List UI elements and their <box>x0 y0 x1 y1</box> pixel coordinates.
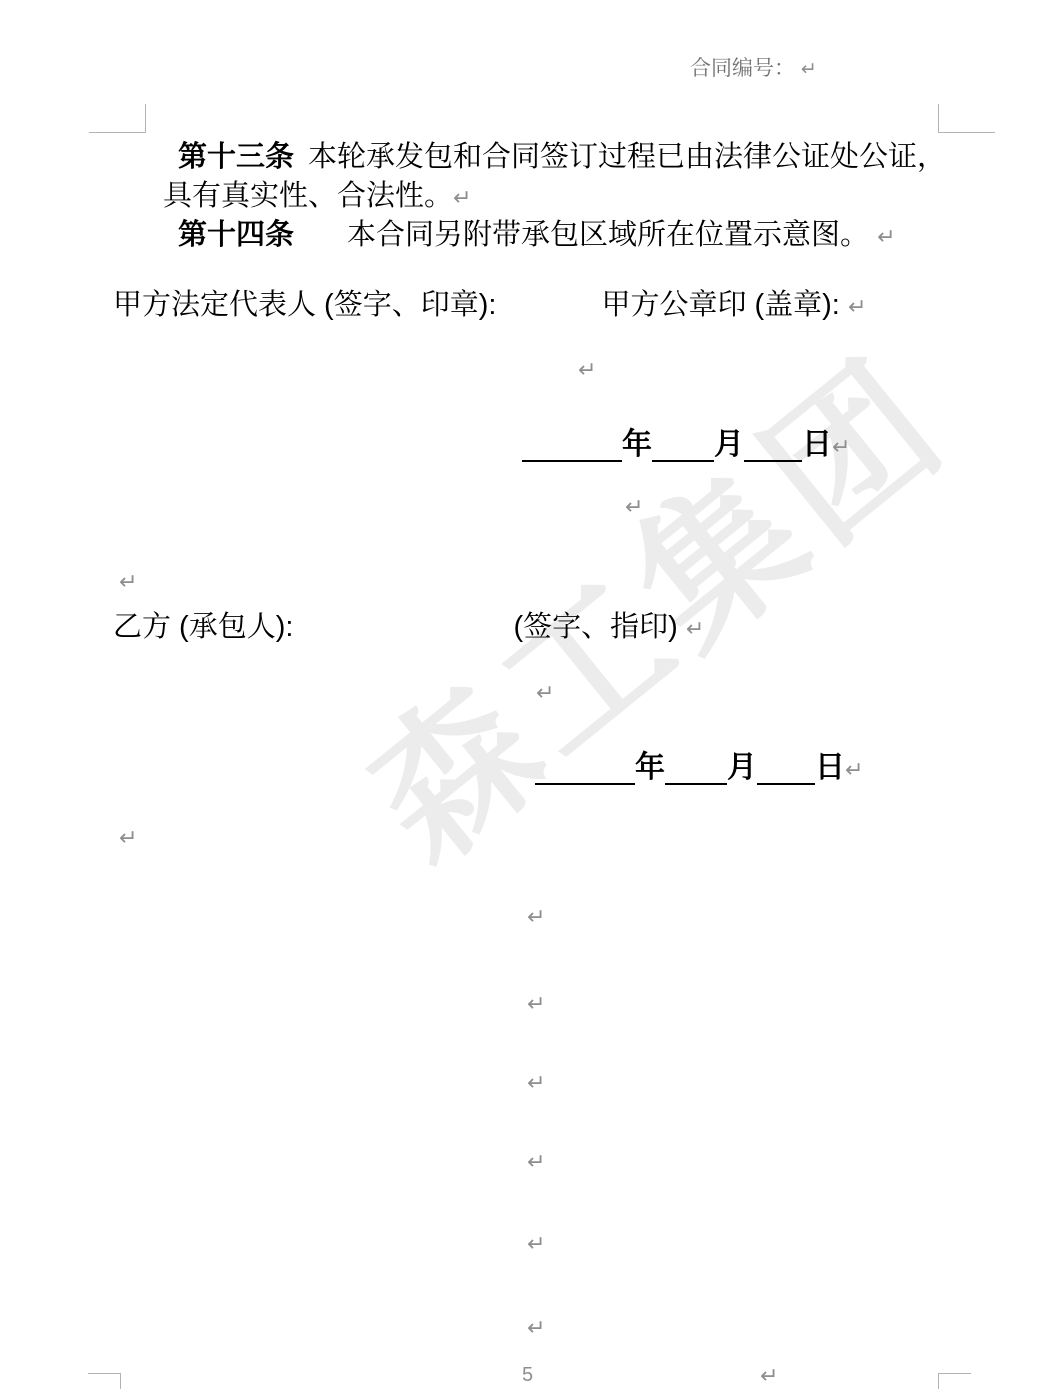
document-page: 森工集团 合同编号： ↵ 第十三条本轮承发包和合同签订过程已由法律公证处公证， … <box>0 0 1059 1389</box>
party-b-label: 乙方 (承包人): <box>113 611 293 643</box>
clause-13-line-1: 第十三条本轮承发包和合同签订过程已由法律公证处公证， <box>178 140 946 174</box>
paragraph-mark-icon: ↵ <box>119 572 137 594</box>
date-blank-line <box>757 751 815 785</box>
paragraph-mark-icon: ↵ <box>453 186 471 211</box>
party-a-seal-label: 甲方公章印 (盖章): <box>601 289 839 321</box>
date-blank-line <box>535 751 635 785</box>
paragraph-mark-icon: ↵ <box>527 994 545 1016</box>
year-label: 年 <box>622 428 652 461</box>
paragraph-mark-icon: ↵ <box>578 360 596 382</box>
clause-13-text: 本轮承发包和合同签订过程已由法律公证处公证， <box>308 141 946 173</box>
day-label: 日 <box>802 428 832 461</box>
year-label: 年 <box>635 751 665 784</box>
clause-14-number: 第十四条 <box>178 219 294 251</box>
paragraph-mark-icon: ↵ <box>527 1318 545 1340</box>
party-a-representative-label: 甲方法定代表人 (签字、印章): <box>113 289 496 321</box>
paragraph-mark-icon: ↵ <box>536 683 554 705</box>
margin-crop-mark-bottom-left <box>88 1373 121 1389</box>
party-a-date-line: 年月日↵ <box>522 428 850 462</box>
paragraph-mark-icon: ↵ <box>848 295 866 320</box>
paragraph-mark-icon: ↵ <box>686 617 704 642</box>
paragraph-mark-icon: ↵ <box>625 497 643 519</box>
party-a-line: 甲方法定代表人 (签字、印章):甲方公章印 (盖章): ↵ <box>113 288 866 322</box>
paragraph-mark-icon: ↵ <box>527 907 545 929</box>
clause-14-line: 第十四条本合同另附带承包区域所在位置示意图。 ↵ <box>178 218 896 252</box>
paragraph-mark-icon: ↵ <box>527 1152 545 1174</box>
paragraph-mark-icon: ↵ <box>119 828 137 850</box>
margin-crop-mark-top-left <box>89 104 146 133</box>
margin-crop-mark-bottom-right <box>938 1373 971 1389</box>
clause-13-text-continued: 具有真实性、合法性。 <box>163 180 453 212</box>
date-blank-line <box>652 428 714 462</box>
page-number: 5 <box>522 1364 533 1386</box>
paragraph-mark-icon: ↵ <box>760 1366 778 1388</box>
party-b-date-line: 年月日↵ <box>535 751 863 785</box>
page-header: 合同编号： ↵ <box>690 56 817 82</box>
date-blank-line <box>665 751 727 785</box>
watermark-text: 森工集团 <box>314 298 985 902</box>
paragraph-mark-icon: ↵ <box>527 1234 545 1256</box>
paragraph-mark-icon: ↵ <box>877 225 895 250</box>
paragraph-mark-icon: ↵ <box>801 58 817 80</box>
paragraph-mark-icon: ↵ <box>832 435 850 460</box>
day-label: 日 <box>815 751 845 784</box>
contract-number-label: 合同编号： <box>690 57 795 80</box>
clause-13-line-2: 具有真实性、合法性。↵ <box>163 179 471 213</box>
paragraph-mark-icon: ↵ <box>845 758 863 783</box>
date-blank-line <box>744 428 802 462</box>
month-label: 月 <box>714 428 744 461</box>
party-b-line: 乙方 (承包人):(签字、指印) ↵ <box>113 610 704 644</box>
margin-crop-mark-top-right <box>938 104 995 133</box>
clause-14-text: 本合同另附带承包区域所在位置示意图。 <box>347 219 869 251</box>
date-blank-line <box>522 428 622 462</box>
month-label: 月 <box>727 751 757 784</box>
paragraph-mark-icon: ↵ <box>527 1073 545 1095</box>
clause-13-number: 第十三条 <box>178 141 294 173</box>
party-b-signature-label: (签字、指印) <box>513 611 677 643</box>
